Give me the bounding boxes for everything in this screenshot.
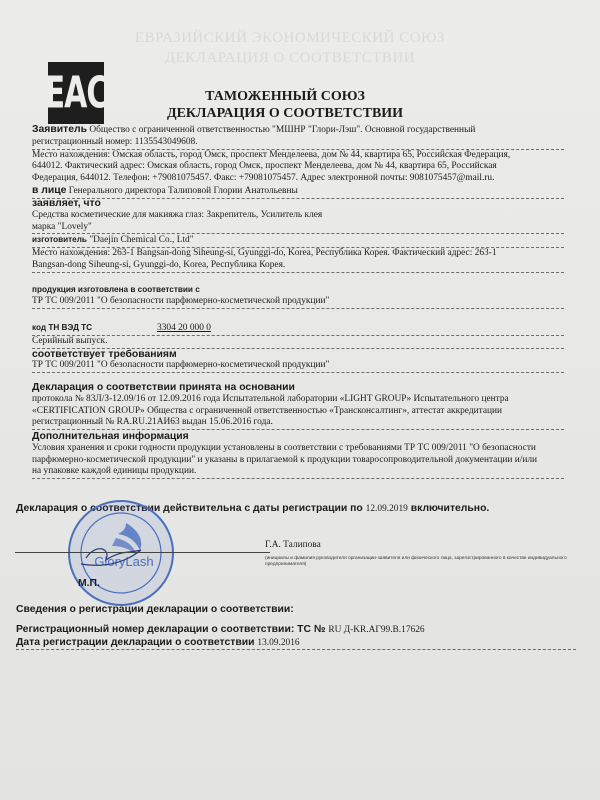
additional-line-2: парфюмерно-косметической продукции" и ук… xyxy=(32,455,564,467)
eac-mark-icon: EAC xyxy=(48,62,104,124)
stamp-place-label: М.П. xyxy=(78,578,100,589)
produced-per-standard: ТР ТС 009/2011 "О безопасности парфюмерн… xyxy=(32,296,564,309)
basis-line-2: «CERTIFICATION GROUP» Общества с огранич… xyxy=(32,406,564,418)
applicant-person: Генерального директора Талиповой Глории … xyxy=(66,186,297,196)
basis-line-1: протокола № 83Л/З-12.09/16 от 12.09.2016… xyxy=(32,394,564,406)
registration-date: 13.09.2016 xyxy=(257,638,299,648)
registration-number: RU Д-KR.АГ99.В.17626 xyxy=(328,625,424,635)
product-name: Средства косметические для макияжа глаз:… xyxy=(32,210,564,222)
tn-ved-section: код ТН ВЭД ТС3304 20 000 0 Серийный выпу… xyxy=(32,322,564,373)
signer-note: (инициалы и фамилия руководителя организ… xyxy=(265,556,585,568)
person-label: в лице xyxy=(32,185,66,196)
manufacturer-address-1: Место нахождения: 263-1 Bangsan-dong Sih… xyxy=(32,248,564,260)
registration-header: Сведения о регистрации декларации о соот… xyxy=(16,604,596,616)
additional-label: Дополнительная информация xyxy=(32,431,564,443)
applicant-reg-number: регистрационный номер: 1135543049608. xyxy=(32,137,564,150)
bleed-through-header: ЕВРАЗИЙСКИЙ ЭКОНОМИЧЕСКИЙ СОЮЗ ДЕКЛАРАЦИ… xyxy=(130,28,450,68)
additional-info-section: Дополнительная информация Условия хранен… xyxy=(32,431,564,479)
registration-date-label: Дата регистрации декларации о соответств… xyxy=(16,637,257,648)
title-declaration: ДЕКЛАРАЦИЯ О СООТВЕТСТВИИ xyxy=(145,105,425,122)
additional-line-3: на упаковке каждой единицы продукции. xyxy=(32,466,564,479)
basis-section: Декларация о соответствии принята на осн… xyxy=(32,382,564,430)
applicant-name: Общество с ограниченной ответственностью… xyxy=(87,125,475,135)
declares-section: заявляет, что Средства косметические для… xyxy=(32,198,564,273)
manufacturer-label: изготовитель xyxy=(32,235,87,244)
declares-label: заявляет, что xyxy=(32,198,564,210)
title-union: ТАМОЖЕННЫЙ СОЮЗ xyxy=(145,88,425,105)
complies-standard: ТР ТС 009/2011 "О безопасности парфюмерн… xyxy=(32,360,564,373)
series-text: Серийный выпуск. xyxy=(32,336,564,349)
produced-per-label: продукция изготовлена в соответствии с xyxy=(32,284,564,296)
applicant-section: Заявитель Общество с ограниченной ответс… xyxy=(32,124,564,199)
product-brand: марка "Lovely" xyxy=(32,222,564,235)
applicant-address-1: Место нахождения: Омская область, город … xyxy=(32,150,564,162)
tn-ved-label: код ТН ВЭД ТС xyxy=(32,322,157,334)
svg-text:GloryLash: GloryLash xyxy=(94,554,153,569)
registration-section: Сведения о регистрации декларации о соот… xyxy=(16,604,596,650)
signer-name: Г.А. Талипова xyxy=(265,540,321,550)
declaration-page: ЕВРАЗИЙСКИЙ ЭКОНОМИЧЕСКИЙ СОЮЗ ДЕКЛАРАЦИ… xyxy=(0,0,600,800)
document-title: ТАМОЖЕННЫЙ СОЮЗ ДЕКЛАРАЦИЯ О СООТВЕТСТВИ… xyxy=(145,88,425,122)
tn-ved-value: 3304 20 000 0 xyxy=(157,323,211,333)
applicant-address-2: 644012. Фактический адрес: Омская област… xyxy=(32,161,564,173)
validity-date: 12.09.2019 xyxy=(366,504,408,514)
applicant-address-3: Федерация, 644012. Телефон: +79081075457… xyxy=(32,173,564,185)
company-stamp-icon: GloryLash xyxy=(66,498,176,608)
basis-label: Декларация о соответствии принята на осн… xyxy=(32,382,564,394)
manufacturer-name: "Daejin Chemical Co., Ltd" xyxy=(87,235,194,245)
registration-number-label: Регистрационный номер декларации о соотв… xyxy=(16,624,328,635)
additional-line-1: Условия хранения и сроки годности продук… xyxy=(32,443,564,455)
complies-label: соответствует требованиям xyxy=(32,349,564,361)
validity-suffix: включительно. xyxy=(408,503,489,514)
manufacturer-address-2: Bangsan-dong Siheung-si, Gyunggi-do, Kor… xyxy=(32,260,564,273)
basis-line-3: регистрационный № RA.RU.21АИ63 выдан 15.… xyxy=(32,417,564,430)
produced-per-section: продукция изготовлена в соответствии с Т… xyxy=(32,284,564,309)
signature-line xyxy=(15,552,270,553)
applicant-label: Заявитель xyxy=(32,124,87,135)
